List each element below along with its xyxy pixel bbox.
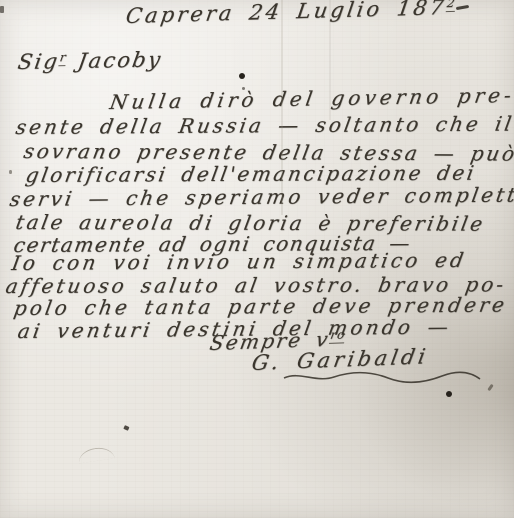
closing-superscript: ro [329, 327, 347, 344]
dateline-superscript: 2 [446, 0, 457, 12]
signature-flourish [282, 369, 482, 385]
ink-speck [446, 391, 452, 397]
recipient-name: Jacoby [76, 47, 164, 72]
body-line-2: sente della Russia — soltanto che il [14, 112, 514, 139]
ink-speck [9, 170, 12, 174]
salutation: SigrJacoby [16, 47, 164, 74]
ink-speck [123, 425, 129, 430]
ink-speck [0, 6, 4, 13]
body-line-5: servi — che speriamo veder completta- [8, 182, 514, 211]
salutation-prefix: Sig [16, 49, 61, 74]
dateline: Caprera 24 Luglio 1872 [124, 0, 457, 28]
ink-mark-dash [456, 5, 469, 10]
ink-speck [487, 384, 493, 391]
body-line-1: Nulla dirò del governo pre- [108, 83, 514, 114]
paper-scratch [77, 446, 114, 464]
body-line-8: Io con voi invio un simpatico ed [10, 248, 468, 275]
letter-page: Caprera 24 Luglio 1872 SigrJacoby Nulla … [0, 0, 514, 518]
ink-speck [239, 73, 245, 79]
dateline-text: Caprera 24 Luglio 187 [124, 0, 448, 28]
salutation-superscript: r [58, 50, 67, 66]
